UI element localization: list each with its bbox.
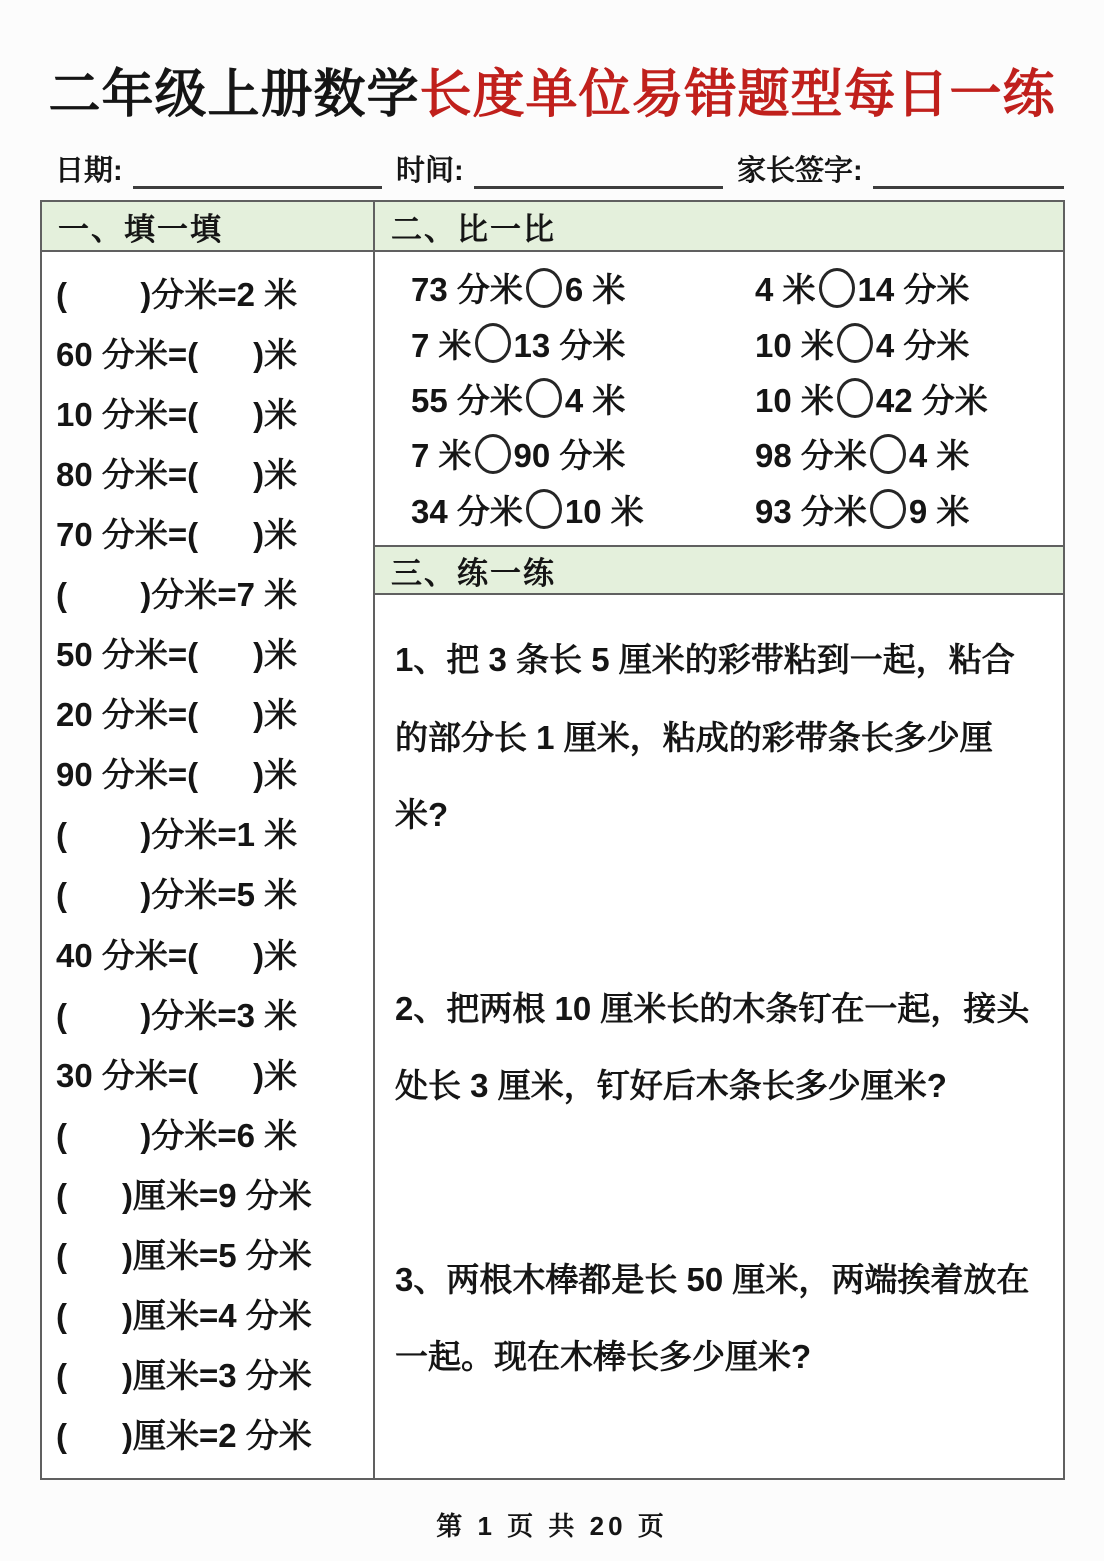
compare-circle-icon — [837, 323, 873, 363]
page-number-footer: 第 1 页 共 20 页 — [0, 1506, 1104, 1543]
fill-blank-item: 70 分米=( )米 — [56, 502, 373, 562]
compare-right-value: 9 米 — [909, 486, 970, 533]
section-practice-header: 三、练一练 — [375, 545, 1063, 595]
compare-item: 34 分米10 米 — [375, 486, 719, 533]
compare-circle-icon — [819, 268, 855, 308]
fill-blank-item: 50 分米=( )米 — [56, 623, 373, 683]
section-compare-header: 二、比一比 — [375, 202, 1063, 252]
fill-blank-item: ( )分米=3 米 — [56, 983, 373, 1043]
section-fill-column: 一、填一填 ( )分米=2 米 60 分米=( )米 10 分米=( )米 80… — [42, 202, 375, 1478]
compare-item: 10 米4 分米 — [719, 320, 1063, 367]
compare-right-value: 10 米 — [565, 486, 644, 533]
compare-circle-icon — [526, 268, 562, 308]
compare-left-value: 98 分米 — [755, 430, 867, 477]
fill-blank-item: ( )厘米=9 分米 — [56, 1163, 373, 1223]
fill-blank-item: 60 分米=( )米 — [56, 322, 373, 382]
compare-item: 10 米42 分米 — [719, 375, 1063, 422]
fill-blank-item: ( )厘米=4 分米 — [56, 1284, 373, 1344]
fill-blank-item: 90 分米=( )米 — [56, 743, 373, 803]
compare-left-value: 4 米 — [755, 264, 816, 311]
compare-circle-icon — [475, 323, 511, 363]
title-topic-part: 长度单位易错题型每日一练 — [420, 66, 1056, 124]
date-blank-line — [133, 152, 382, 189]
compare-right-value: 4 米 — [565, 375, 626, 422]
word-problem: 2、把两根 10 厘米长的木条钉在一起，接头处长 3 厘米，钉好后木条长多少厘米… — [395, 970, 1035, 1125]
compare-left-value: 34 分米 — [411, 486, 523, 533]
fill-blank-item: ( )厘米=5 分米 — [56, 1224, 373, 1284]
compare-circle-icon — [870, 434, 906, 474]
time-label: 时间: — [396, 148, 464, 189]
compare-circle-icon — [526, 489, 562, 529]
compare-right-value: 42 分米 — [876, 375, 988, 422]
compare-circle-icon — [870, 489, 906, 529]
parent-signature-label: 家长签字: — [737, 148, 863, 189]
meta-row: 日期: 时间: 家长签字: — [55, 148, 1064, 189]
compare-left-value: 10 米 — [755, 375, 834, 422]
fill-blank-item: ( )分米=1 米 — [56, 803, 373, 863]
parent-signature-group: 家长签字: — [737, 148, 1064, 189]
compare-left-value: 7 米 — [411, 320, 472, 367]
compare-row: 34 分米10 米 93 分米9 米 — [375, 486, 1063, 533]
compare-row: 55 分米4 米 10 米42 分米 — [375, 375, 1063, 422]
compare-item: 98 分米4 米 — [719, 430, 1063, 477]
compare-item: 7 米13 分米 — [375, 320, 719, 367]
compare-left-value: 73 分米 — [411, 264, 523, 311]
word-problem: 1、把 3 条长 5 厘米的彩带粘到一起，粘合的部分长 1 厘米，粘成的彩带条长… — [395, 621, 1035, 854]
compare-grid: 73 分米6 米 4 米14 分米 7 米13 分米 10 米4 分米 — [375, 252, 1063, 545]
fill-blank-item: ( )分米=2 米 — [56, 262, 373, 322]
fill-blank-item: ( )分米=5 米 — [56, 863, 373, 923]
section-fill-header: 一、填一填 — [42, 202, 373, 252]
worksheet-table: 一、填一填 ( )分米=2 米 60 分米=( )米 10 分米=( )米 80… — [40, 200, 1065, 1480]
compare-left-value: 10 米 — [755, 320, 834, 367]
worksheet-page: 二年级上册数学长度单位易错题型每日一练 日期: 时间: 家长签字: 一、填一填 … — [0, 0, 1104, 1561]
fill-blank-item: 80 分米=( )米 — [56, 442, 373, 502]
word-problem: 3、两根木棒都是长 50 厘米，两端挨着放在一起。现在木棒长多少厘米? — [395, 1241, 1035, 1396]
time-blank-line — [474, 152, 723, 189]
compare-right-value: 90 分米 — [514, 430, 626, 477]
compare-circle-icon — [526, 378, 562, 418]
fill-blank-item: ( )分米=6 米 — [56, 1103, 373, 1163]
title-grade-part: 二年级上册数学 — [48, 66, 419, 124]
fill-blank-item: 10 分米=( )米 — [56, 382, 373, 442]
compare-item: 7 米90 分米 — [375, 430, 719, 477]
compare-left-value: 93 分米 — [755, 486, 867, 533]
compare-circle-icon — [837, 378, 873, 418]
page-title: 二年级上册数学长度单位易错题型每日一练 — [0, 52, 1104, 127]
parent-signature-blank-line — [873, 152, 1064, 189]
compare-right-value: 6 米 — [565, 264, 626, 311]
fill-rows: ( )分米=2 米 60 分米=( )米 10 分米=( )米 80 分米=( … — [42, 252, 373, 1478]
fill-blank-item: 40 分米=( )米 — [56, 923, 373, 983]
fill-blank-item: ( )厘米=2 分米 — [56, 1404, 373, 1464]
fill-blank-item: ( )厘米=3 分米 — [56, 1344, 373, 1404]
compare-right-value: 13 分米 — [514, 320, 626, 367]
date-label: 日期: — [55, 148, 123, 189]
practice-problems: 1、把 3 条长 5 厘米的彩带粘到一起，粘合的部分长 1 厘米，粘成的彩带条长… — [375, 595, 1063, 1478]
compare-row: 7 米13 分米 10 米4 分米 — [375, 320, 1063, 367]
right-column: 二、比一比 73 分米6 米 4 米14 分米 7 米13 分米 10 米4 分 — [375, 202, 1063, 1478]
compare-row: 73 分米6 米 4 米14 分米 — [375, 264, 1063, 311]
fill-blank-item: 30 分米=( )米 — [56, 1043, 373, 1103]
compare-right-value: 14 分米 — [858, 264, 970, 311]
compare-row: 7 米90 分米 98 分米4 米 — [375, 430, 1063, 477]
fill-blank-item: 20 分米=( )米 — [56, 683, 373, 743]
compare-item: 55 分米4 米 — [375, 375, 719, 422]
compare-item: 73 分米6 米 — [375, 264, 719, 311]
date-group: 日期: — [55, 148, 382, 189]
compare-circle-icon — [475, 434, 511, 474]
compare-item: 4 米14 分米 — [719, 264, 1063, 311]
compare-item: 93 分米9 米 — [719, 486, 1063, 533]
compare-right-value: 4 分米 — [876, 320, 970, 367]
time-group: 时间: — [396, 148, 723, 189]
compare-left-value: 55 分米 — [411, 375, 523, 422]
fill-blank-item: ( )分米=7 米 — [56, 562, 373, 622]
compare-right-value: 4 米 — [909, 430, 970, 477]
compare-left-value: 7 米 — [411, 430, 472, 477]
